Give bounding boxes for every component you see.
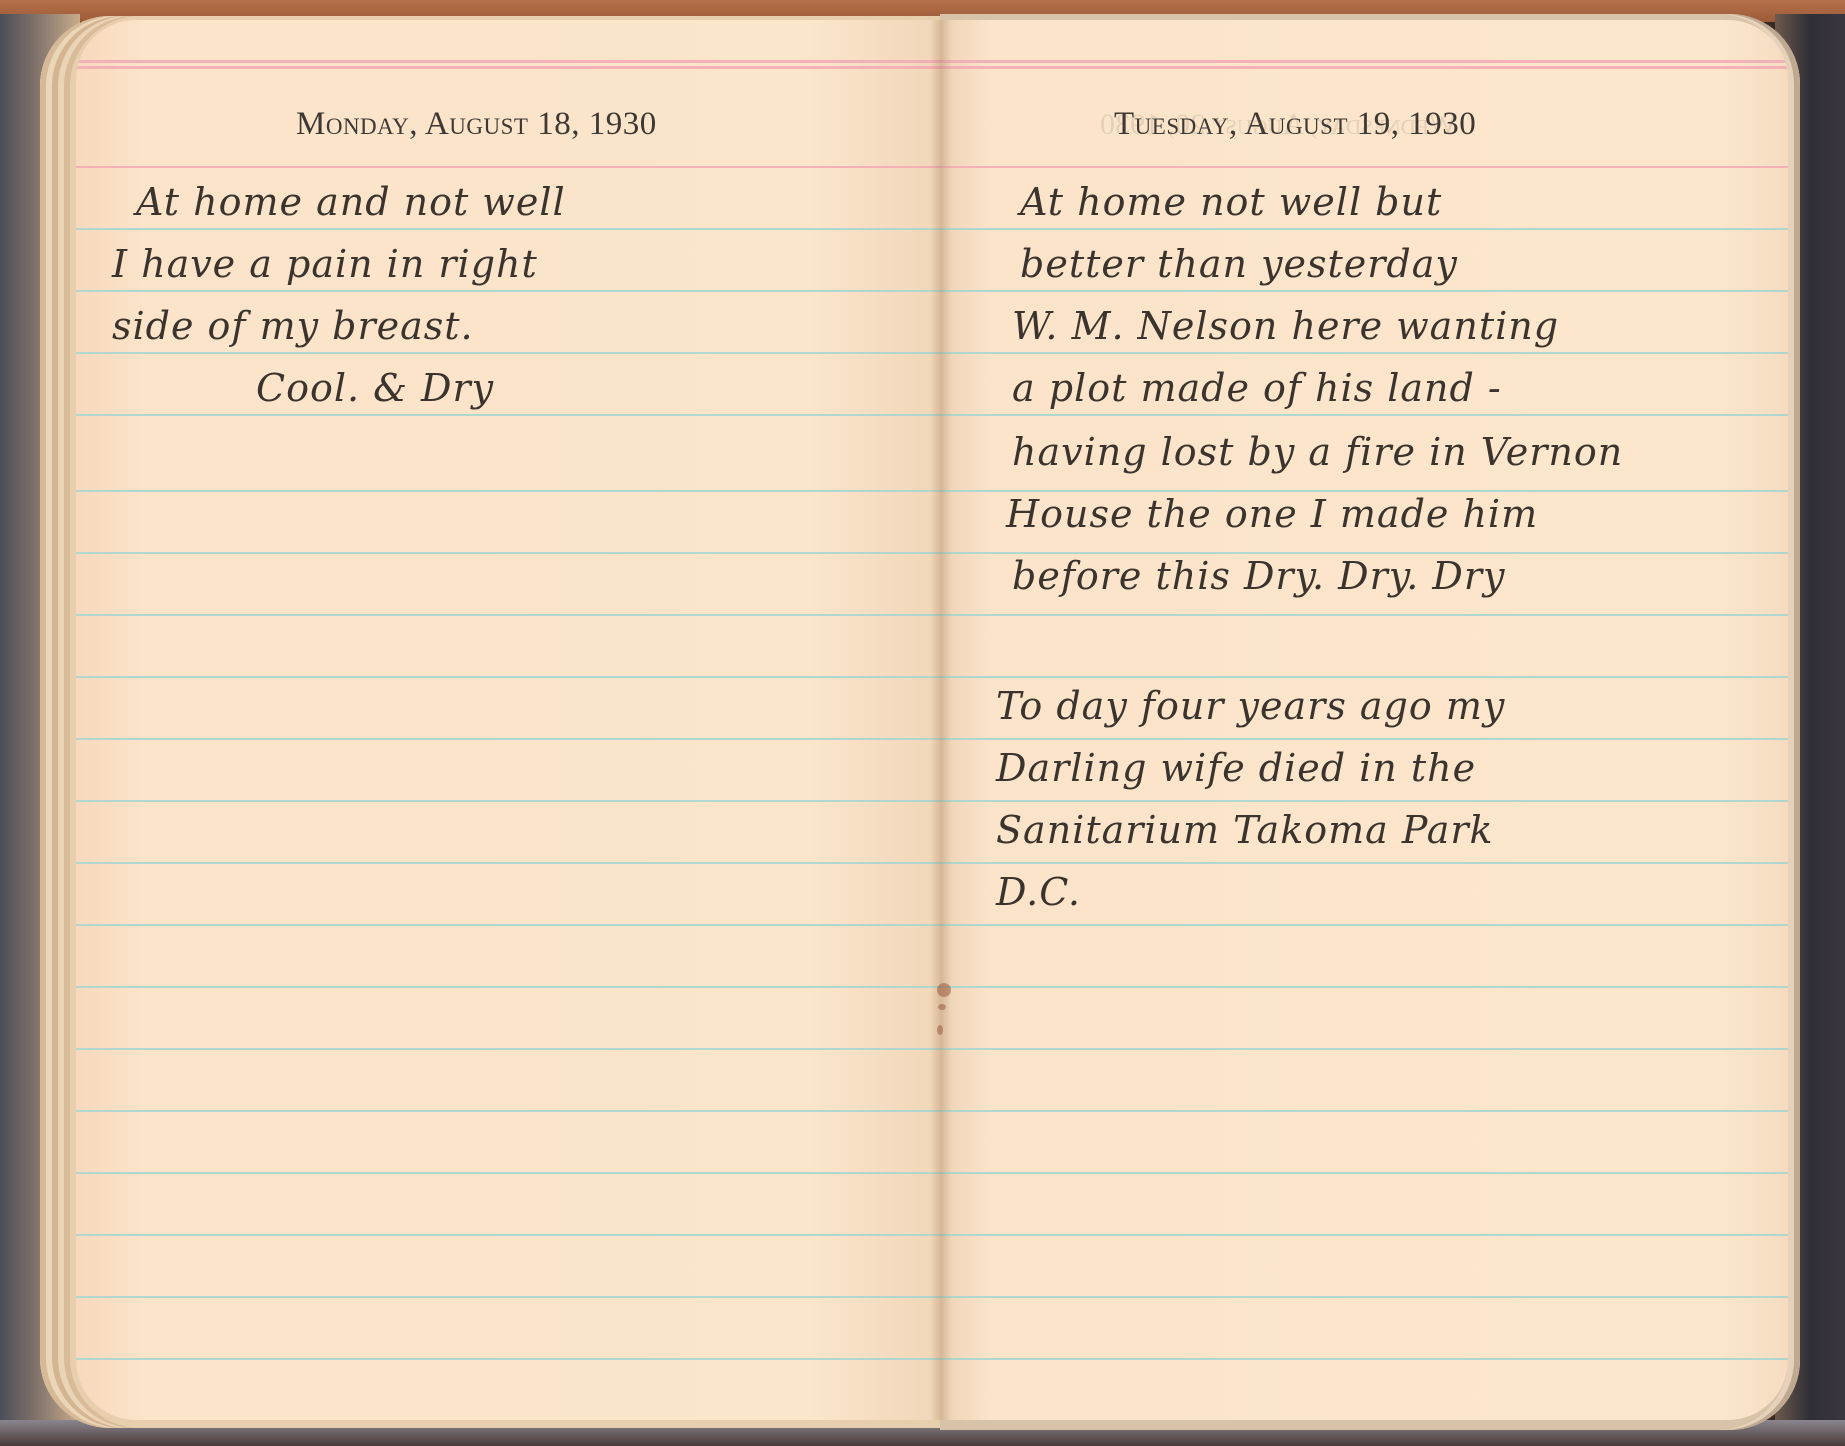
ink-stain [938,1004,946,1010]
ruled-line [76,1296,940,1298]
handwritten-line: before this Dry. Dry. Dry [1012,554,1506,598]
handwritten-line: At home and not well [136,180,566,224]
ruled-line [940,1234,1788,1236]
ruled-line [76,1172,940,1174]
ruled-line [940,352,1788,354]
header-rule-top [76,60,940,63]
handwritten-line: W. M. Nelson here wanting [1012,304,1559,348]
ruled-line [76,552,940,554]
ruled-line [940,862,1788,864]
ruled-line [76,738,940,740]
ruled-line [940,414,1788,416]
handwritten-line: better than yesterday [1020,242,1458,286]
ruled-line [940,738,1788,740]
ink-stain [937,1025,943,1035]
header-rule-top-double [940,66,1788,69]
ruled-line [76,414,940,416]
ruled-line [940,1296,1788,1298]
ruled-line [76,614,940,616]
handwritten-line: House the one I made him [1006,492,1538,536]
ruled-line [940,800,1788,802]
ruled-line [76,862,940,864]
ruled-line [940,1172,1788,1174]
header-rule-top [940,60,1788,63]
ruled-line [76,228,940,230]
ruled-line [76,1110,940,1112]
handwritten-line: I have a pain in right [112,242,538,286]
header-rule-bottom [940,166,1788,168]
handwritten-line: To day four years ago my [996,684,1505,728]
handwritten-line: At home not well but [1020,180,1442,224]
ruled-line [940,290,1788,292]
ruled-line [76,924,940,926]
ruled-line [76,800,940,802]
ruled-line [76,352,940,354]
ruled-line [940,924,1788,926]
ruled-line [76,986,940,988]
header-rule-bottom [76,166,940,168]
page-date-header: Monday, August 18, 1930 [296,106,657,143]
ruled-line [940,228,1788,230]
ruled-line [76,1234,940,1236]
page-date-header: Tuesday, August 19, 1930 [1114,106,1476,143]
ruled-line [940,614,1788,616]
handwritten-line: a plot made of his land - [1012,366,1502,410]
diary-page-left: Monday, August 18, 1930 At home and not … [76,20,940,1420]
ruled-line [940,1110,1788,1112]
handwritten-line: side of my breast. [112,304,474,348]
header-rule-top-double [76,66,940,69]
diary-page-right: Wednesday, August 20, 1930 Tuesday, Augu… [940,20,1788,1420]
handwritten-line: Cool. & Dry [256,366,494,410]
ruled-line [940,676,1788,678]
ruled-line [76,1048,940,1050]
ruled-line [940,1358,1788,1360]
ruled-line [76,490,940,492]
handwritten-line: D.C. [996,870,1081,914]
handwritten-line: Sanitarium Takoma Park [996,808,1494,852]
handwritten-line: having lost by a fire in Vernon [1012,430,1623,474]
ruled-line [76,1358,940,1360]
ink-stain [937,983,951,997]
handwritten-line: Darling wife died in the [996,746,1476,790]
ruled-line [940,1048,1788,1050]
ruled-line [940,986,1788,988]
ruled-line [76,290,940,292]
ruled-line [76,676,940,678]
